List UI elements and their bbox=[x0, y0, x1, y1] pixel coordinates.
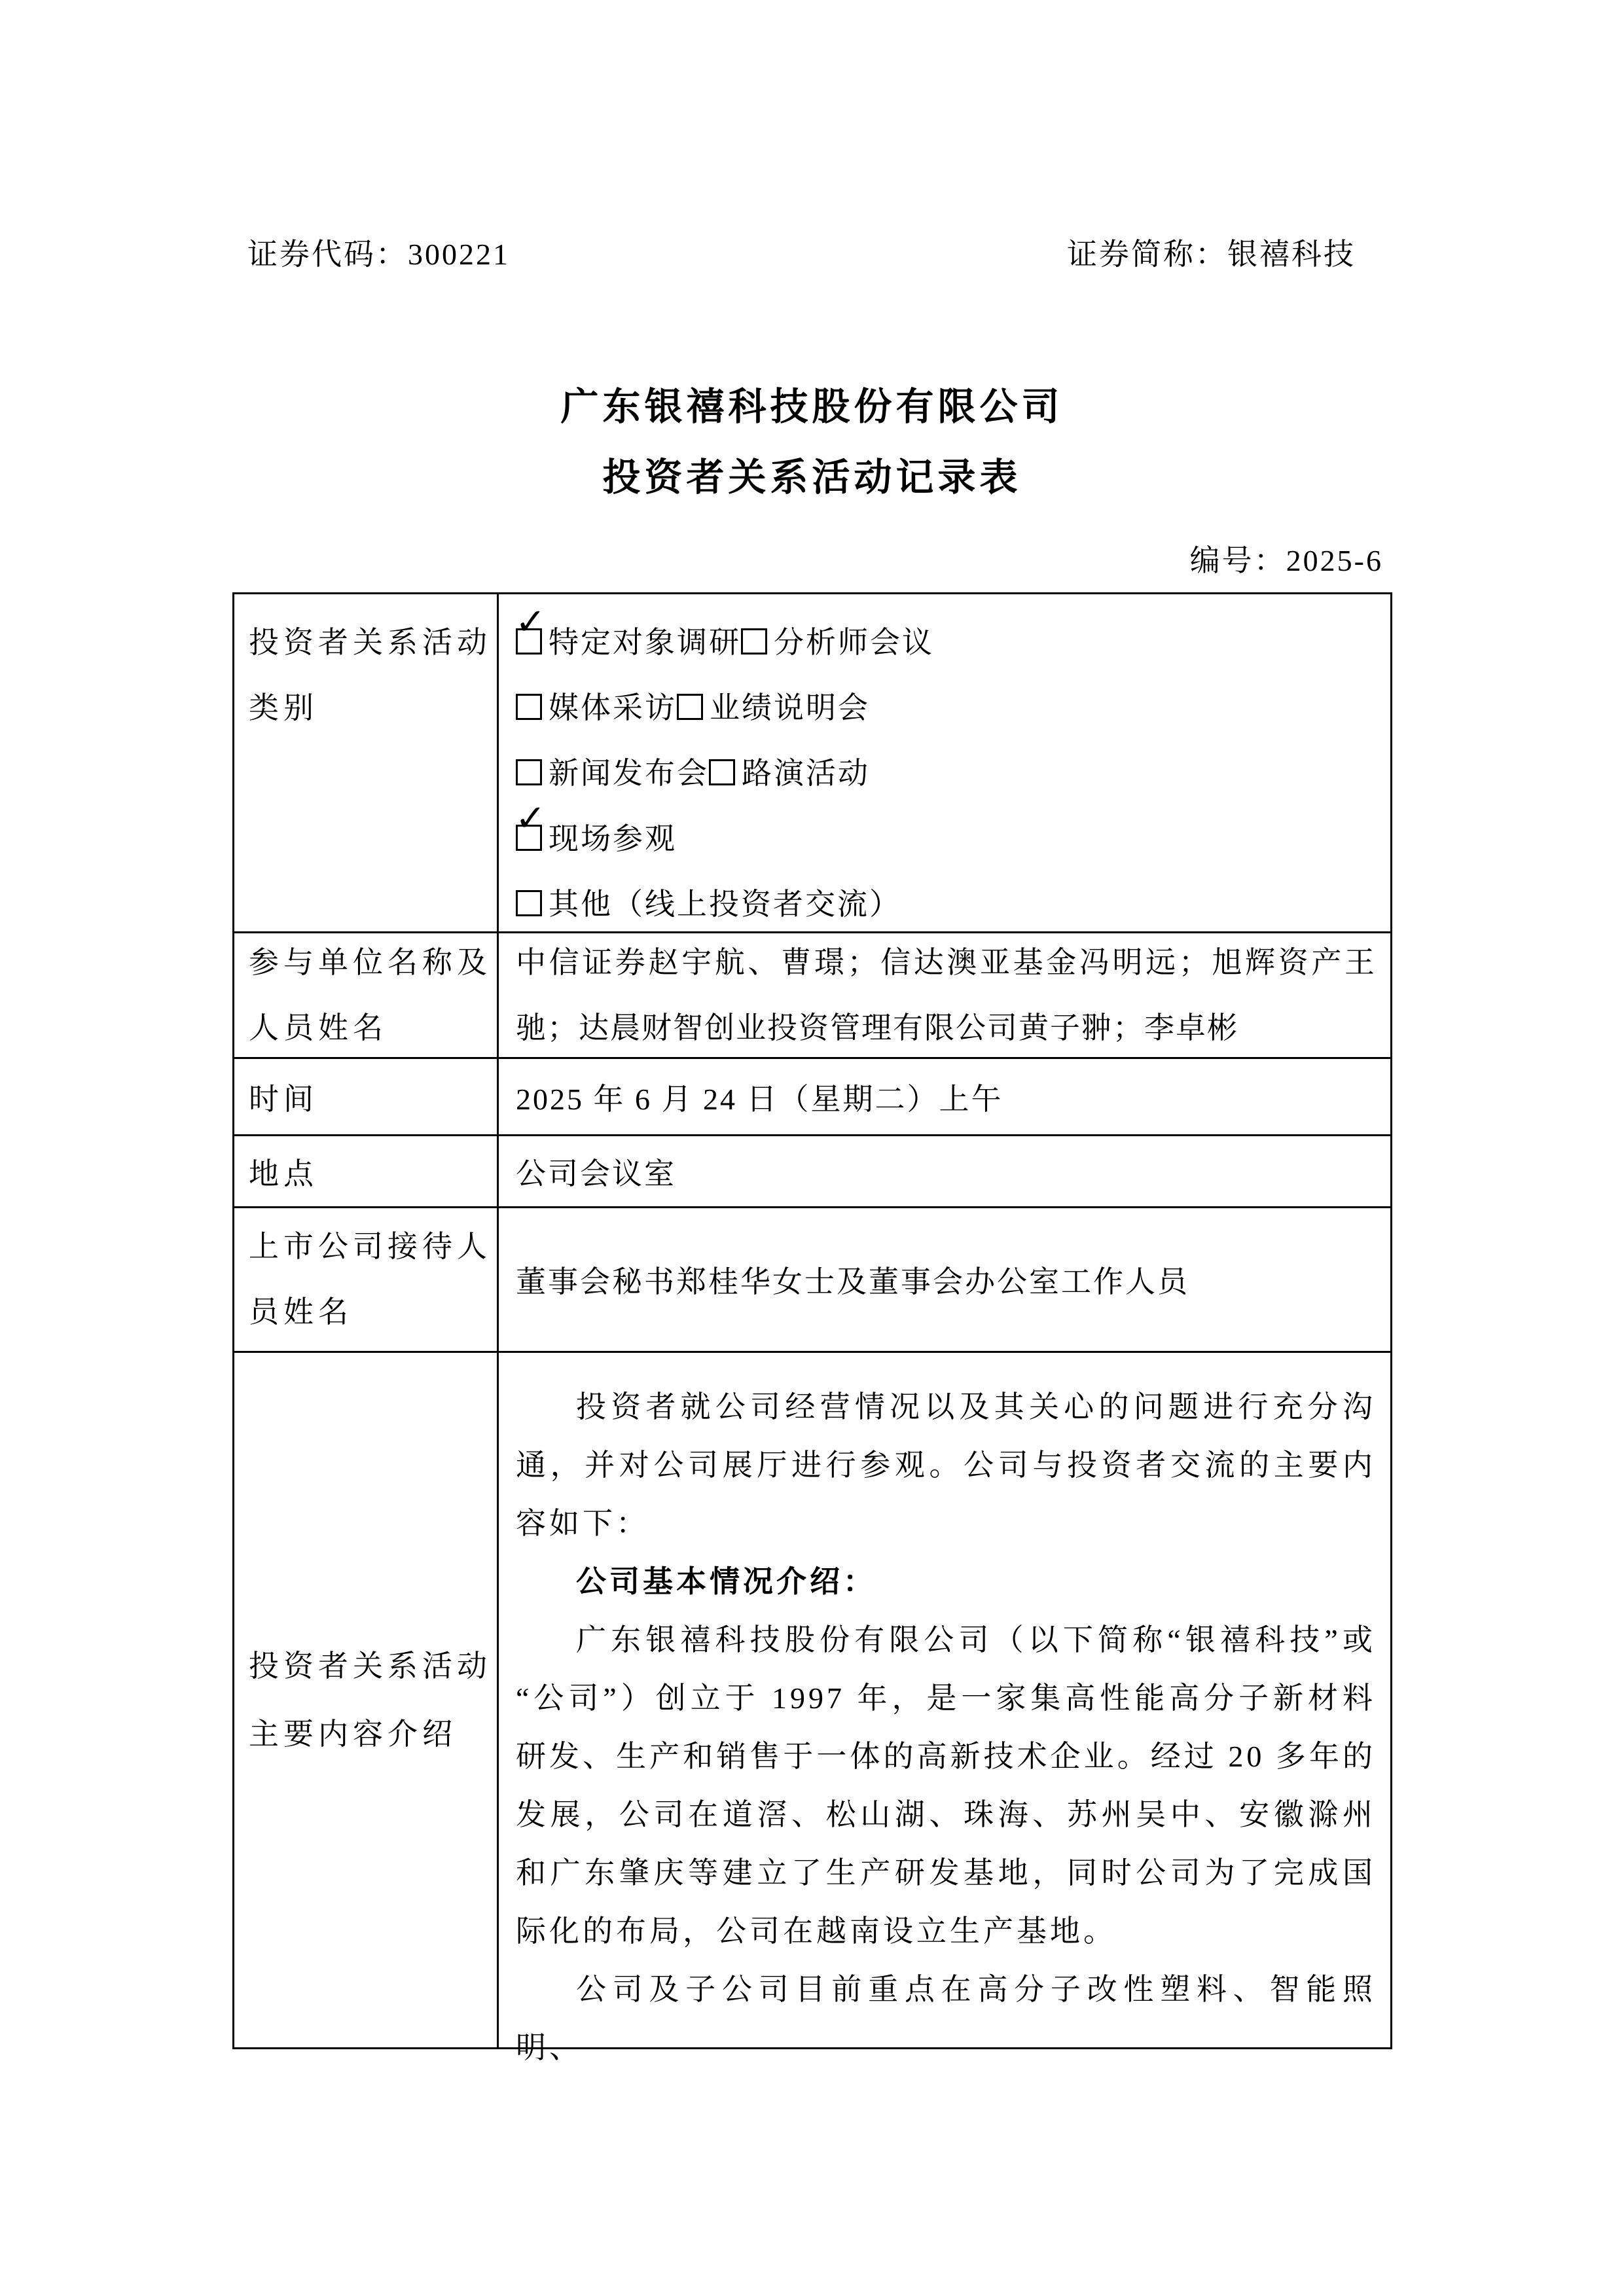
checkbox-icon bbox=[677, 694, 703, 720]
option-site-visit: 现场参观 bbox=[516, 822, 677, 855]
checkbox-icon bbox=[741, 628, 767, 655]
time-content: 2025 年 6 月 24 日（星期二）上午 bbox=[499, 1059, 1390, 1134]
form-title: 投资者关系活动记录表 bbox=[0, 446, 1624, 501]
content-paragraph: 投资者就公司经营情况以及其关心的问题进行充分沟通，并对公司展厅进行参观。公司与投… bbox=[516, 1378, 1376, 1552]
row-label-text: 时间 bbox=[249, 1075, 318, 1119]
content-paragraph-heading: 公司基本情况介绍： bbox=[516, 1552, 1376, 1611]
row-label-line: 投资者关系活动 bbox=[249, 610, 497, 675]
checkbox-line: 其他（线上投资者交流） bbox=[516, 872, 1376, 937]
row-label-line: 员姓名 bbox=[249, 1280, 497, 1345]
option-label: 媒体采访 bbox=[549, 691, 677, 725]
reception-content: 董事会秘书郑桂华女士及董事会办公室工作人员 bbox=[499, 1208, 1390, 1351]
ir-activity-table: 投资者关系活动 类别 特定对象调研分析师会议 媒体采访业绩说明会 新闻发布会路演… bbox=[232, 592, 1392, 2049]
option-label: 路演活动 bbox=[742, 757, 870, 790]
securities-header: 证券代码：300221 证券简称：银禧科技 bbox=[247, 230, 1356, 274]
checkbox-icon bbox=[516, 759, 542, 785]
checkbox-line: 现场参观 bbox=[516, 806, 1376, 872]
participants-content: 中信证券赵宇航、曹璟；信达澳亚基金冯明远；旭辉资产王驰；达晨财智创业投资管理有限… bbox=[499, 933, 1390, 1057]
row-label-line: 人员姓名 bbox=[249, 996, 497, 1061]
table-row-time: 时间 2025 年 6 月 24 日（星期二）上午 bbox=[234, 1057, 1390, 1134]
document-page: { "colors": { "text": "#000000", "backgr… bbox=[0, 0, 1624, 2296]
row-label-main-content: 投资者关系活动 主要内容介绍 bbox=[234, 1353, 499, 2047]
participants-text: 中信证券赵宇航、曹璟；信达澳亚基金冯明远；旭辉资产王驰；达晨财智创业投资管理有限… bbox=[516, 930, 1376, 1061]
checkbox-icon bbox=[516, 890, 542, 916]
table-row-participants: 参与单位名称及 人员姓名 中信证券赵宇航、曹璟；信达澳亚基金冯明远；旭辉资产王驰… bbox=[234, 931, 1390, 1057]
main-content: 投资者就公司经营情况以及其关心的问题进行充分沟通，并对公司展厅进行参观。公司与投… bbox=[499, 1353, 1390, 2047]
table-row-activity-type: 投资者关系活动 类别 特定对象调研分析师会议 媒体采访业绩说明会 新闻发布会路演… bbox=[234, 594, 1390, 931]
option-label: 现场参观 bbox=[549, 822, 677, 855]
row-label-line: 投资者关系活动 bbox=[249, 1632, 497, 1700]
content-paragraph: 公司及子公司目前重点在高分子改性塑料、智能照明、 bbox=[516, 1960, 1376, 2077]
row-label-line: 参与单位名称及 bbox=[249, 930, 497, 996]
option-roadshow: 路演活动 bbox=[709, 757, 870, 790]
row-label-reception: 上市公司接待人 员姓名 bbox=[234, 1208, 499, 1351]
checkbox-icon bbox=[516, 825, 542, 851]
row-label-line: 主要内容介绍 bbox=[249, 1700, 497, 1768]
option-other: 其他（线上投资者交流） bbox=[516, 888, 901, 921]
table-row-reception: 上市公司接待人 员姓名 董事会秘书郑桂华女士及董事会办公室工作人员 bbox=[234, 1206, 1390, 1351]
table-row-place: 地点 公司会议室 bbox=[234, 1134, 1390, 1206]
option-label: 业绩说明会 bbox=[710, 691, 870, 725]
option-label: 其他（线上投资者交流） bbox=[549, 888, 901, 921]
option-label: 新闻发布会 bbox=[549, 757, 709, 790]
option-label: 特定对象调研 bbox=[549, 626, 741, 659]
option-results-briefing: 业绩说明会 bbox=[677, 691, 870, 725]
option-press-conference: 新闻发布会 bbox=[516, 757, 709, 790]
table-row-main-content: 投资者关系活动 主要内容介绍 投资者就公司经营情况以及其关心的问题进行充分沟通，… bbox=[234, 1351, 1390, 2047]
row-label-line: 类别 bbox=[249, 675, 497, 741]
option-label: 分析师会议 bbox=[774, 626, 934, 659]
row-label-place: 地点 bbox=[234, 1136, 499, 1206]
stock-code-text: 证券代码：300221 bbox=[247, 230, 510, 274]
checkbox-line: 媒体采访业绩说明会 bbox=[516, 675, 1376, 741]
row-label-line: 上市公司接待人 bbox=[249, 1214, 497, 1280]
checkbox-line: 特定对象调研分析师会议 bbox=[516, 610, 1376, 675]
checkbox-icon bbox=[516, 628, 542, 655]
checkbox-line: 新闻发布会路演活动 bbox=[516, 741, 1376, 806]
stock-abbr-text: 证券简称：银禧科技 bbox=[1067, 230, 1356, 274]
row-label-participants: 参与单位名称及 人员姓名 bbox=[234, 933, 499, 1057]
place-content: 公司会议室 bbox=[499, 1136, 1390, 1206]
doc-number: 编号：2025-6 bbox=[232, 537, 1392, 580]
checkbox-icon bbox=[516, 694, 542, 720]
reception-text: 董事会秘书郑桂华女士及董事会办公室工作人员 bbox=[516, 1258, 1189, 1301]
row-label-text: 地点 bbox=[249, 1150, 318, 1193]
time-text: 2025 年 6 月 24 日（星期二）上午 bbox=[516, 1075, 1003, 1119]
option-analyst-meeting: 分析师会议 bbox=[741, 626, 934, 659]
row-label-time: 时间 bbox=[234, 1059, 499, 1134]
company-title: 广东银禧科技股份有限公司 bbox=[0, 376, 1624, 431]
option-special-object-research: 特定对象调研 bbox=[516, 626, 741, 659]
place-text: 公司会议室 bbox=[516, 1150, 676, 1193]
activity-type-options: 特定对象调研分析师会议 媒体采访业绩说明会 新闻发布会路演活动 现场参观 其他（… bbox=[499, 594, 1390, 931]
content-paragraph: 广东银禧科技股份有限公司（以下简称“银禧科技”或“公司”）创立于 1997 年，… bbox=[516, 1611, 1376, 1960]
row-label-activity-type: 投资者关系活动 类别 bbox=[234, 594, 499, 931]
option-media-interview: 媒体采访 bbox=[516, 691, 677, 725]
checkbox-icon bbox=[709, 759, 735, 785]
